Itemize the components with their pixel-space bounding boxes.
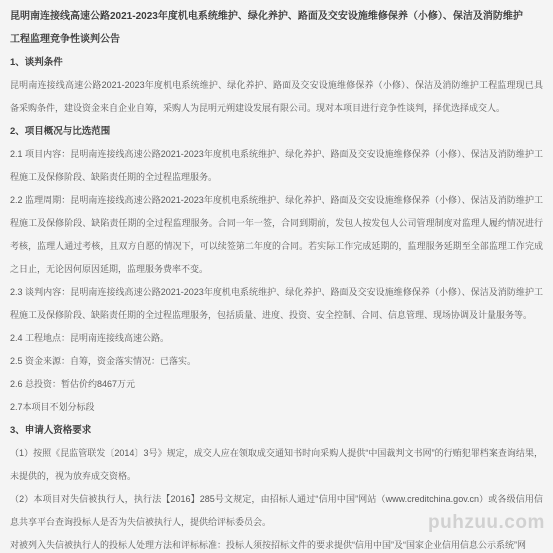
paragraph-2-7-no-sections: 2.7本项目不划分标段 bbox=[10, 396, 543, 419]
paragraph-2-5-funding-source: 2.5 资金来源：自筹，资金落实情况：已落实。 bbox=[10, 350, 543, 373]
paragraph-dishonest-executee-handling: 对被列入失信被执行人的投标人处理方法和评标标准：投标人须按招标文件的要求提供“信… bbox=[10, 534, 543, 553]
announcement-document: 昆明南连接线高速公路2021-2023年度机电系统维护、绿化养护、路面及交安设施… bbox=[0, 0, 553, 553]
section-heading-project-overview: 2、项目概况与比选范围 bbox=[10, 120, 543, 143]
paragraph-2-2-supervision-period: 2.2 监理周期：昆明南连接线高速公路2021-2023年度机电系统维护、绿化养… bbox=[10, 189, 543, 281]
paragraph-negotiation-conditions: 昆明南连接线高速公路2021-2023年度机电系统维护、绿化养护、路面及交安设施… bbox=[10, 74, 543, 120]
announcement-title-line-1: 昆明南连接线高速公路2021-2023年度机电系统维护、绿化养护、路面及交安设施… bbox=[10, 5, 543, 28]
section-heading-applicant-qualifications: 3、申请人资格要求 bbox=[10, 419, 543, 442]
paragraph-2-1-project-content: 2.1 项目内容：昆明南连接线高速公路2021-2023年度机电系统维护、绿化养… bbox=[10, 143, 543, 189]
paragraph-qualification-item-2: （2）本项目对失信被执行人，执行法【2016】285号文规定，由招标人通过“信用… bbox=[10, 488, 543, 534]
paragraph-2-4-project-location: 2.4 工程地点：昆明南连接线高速公路。 bbox=[10, 327, 543, 350]
paragraph-2-3-negotiation-content: 2.3 谈判内容：昆明南连接线高速公路2021-2023年度机电系统维护、绿化养… bbox=[10, 281, 543, 327]
paragraph-2-6-total-investment: 2.6 总投资：暂估价约8467万元 bbox=[10, 373, 543, 396]
section-heading-negotiation-conditions: 1、谈判条件 bbox=[10, 51, 543, 74]
announcement-title-line-2: 工程监理竞争性谈判公告 bbox=[10, 28, 543, 51]
paragraph-qualification-item-1: （1）按照《昆监管联发〔2014〕3号》规定，成交人应在领取成交通知书时向采购人… bbox=[10, 442, 543, 488]
